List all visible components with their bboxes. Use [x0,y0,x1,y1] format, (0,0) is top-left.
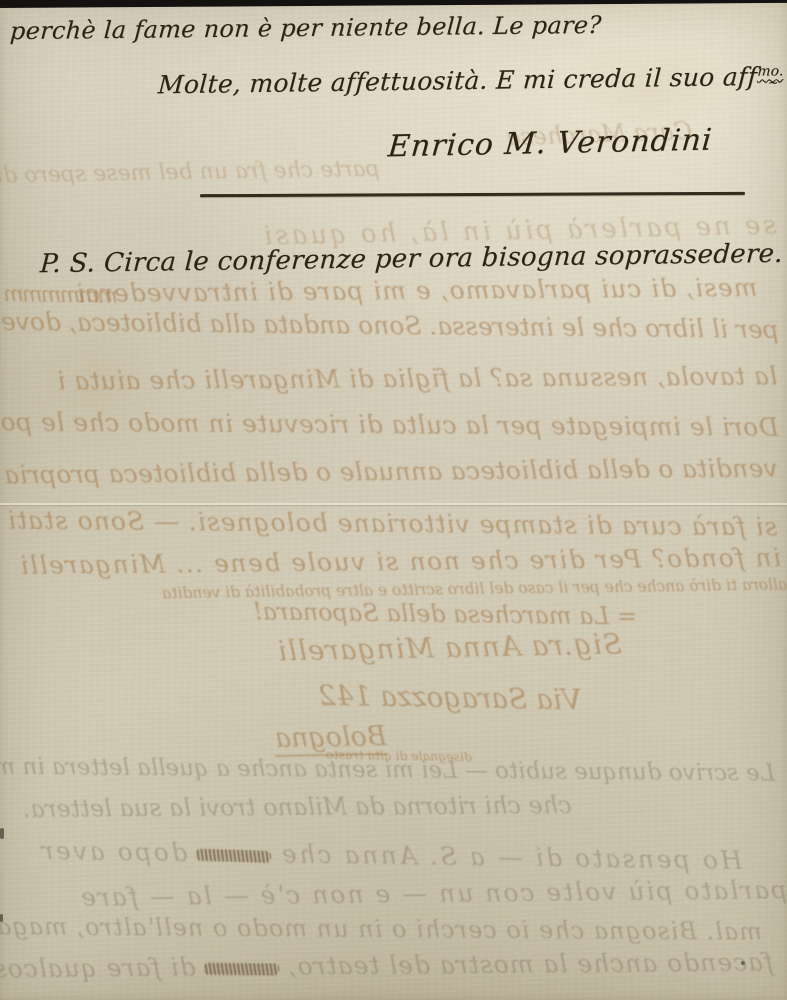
edge-speck [0,914,3,922]
signature: Enrico M. Verondini [387,123,714,165]
ink-speck [741,961,745,965]
edge-speck [0,828,4,839]
letter-scan: Cara Marchesa parte che fra un bel mese … [0,0,787,1000]
abbreviation-flourish: ~ [767,75,779,90]
